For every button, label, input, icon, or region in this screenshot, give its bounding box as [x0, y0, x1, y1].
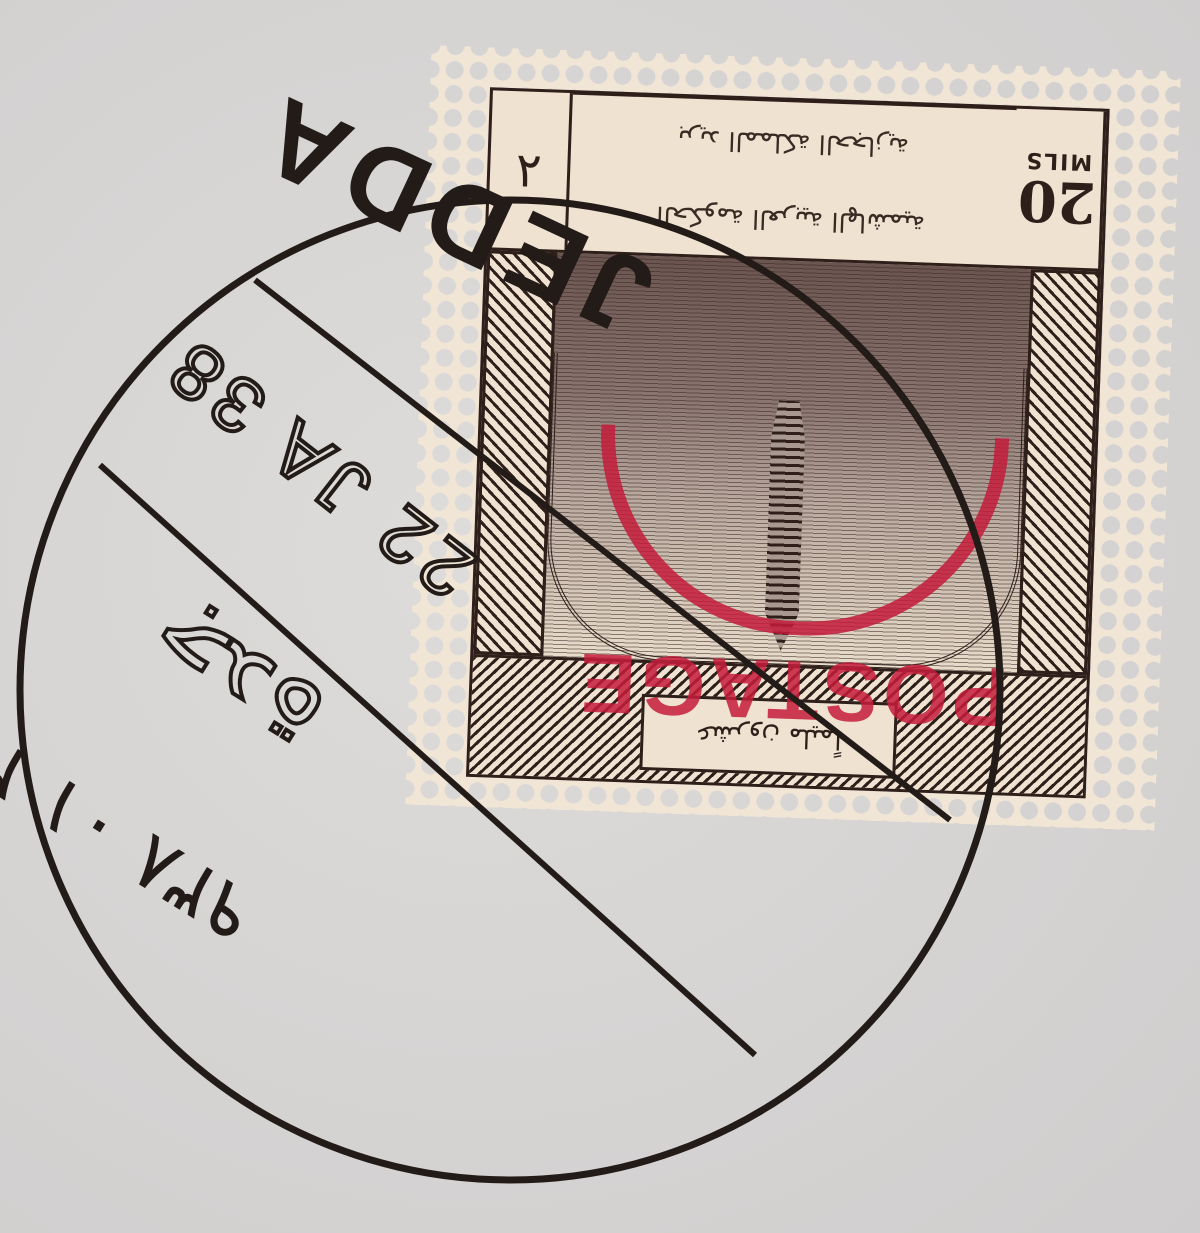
stamp-top-panel: ٢ بريد المملكة الحجازية الحكومة العربية … — [487, 90, 1106, 271]
stamp-value: 20 — [1017, 172, 1097, 231]
postage-stamp: ٢ بريد المملكة الحجازية الحكومة العربية … — [405, 45, 1181, 831]
stamp-denomination: 20 MILS — [1011, 109, 1106, 269]
postage-overprint: POSTAGE — [541, 632, 1044, 746]
right-ornament — [1017, 269, 1101, 675]
left-ornament — [473, 250, 557, 656]
stamp-unit: MILS — [1024, 147, 1093, 174]
stamp-script-middle: الحكومة العربية الهاشمية — [567, 172, 1013, 266]
stamp-design-frame: ٢ بريد المملكة الحجازية الحكومة العربية … — [466, 87, 1110, 798]
stamp-arabic-numeral: ٢ — [487, 90, 572, 250]
